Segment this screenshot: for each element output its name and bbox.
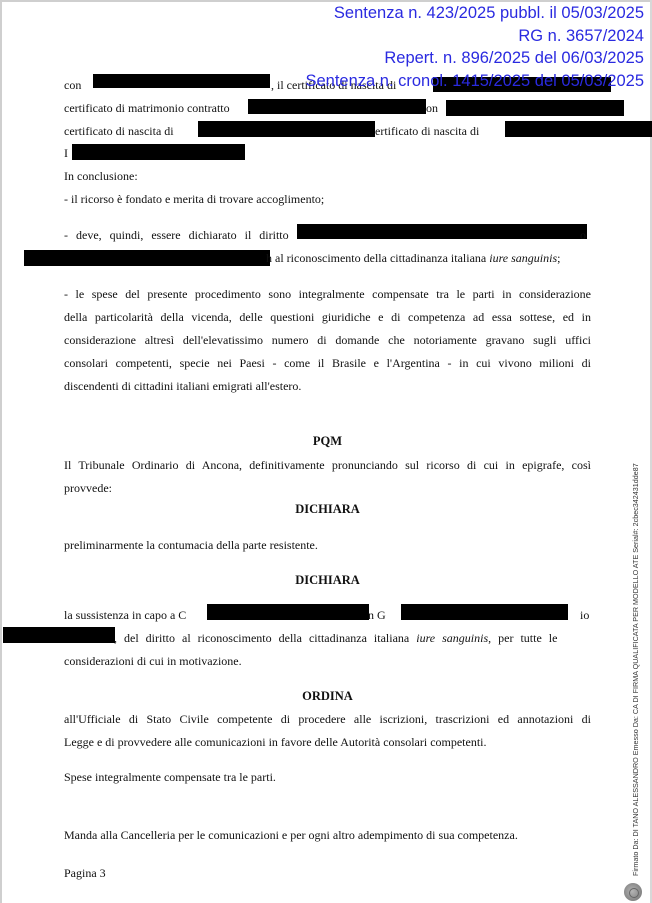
redaction [198,121,375,137]
text-fragment: o [580,228,586,242]
text-fragment: io [580,608,589,622]
redaction [505,121,652,137]
text-line: ertificato di nascita di [375,124,479,138]
text-line: I [64,146,68,160]
stamp-repert: Repert. n. 896/2025 del 06/03/2025 [305,47,644,70]
ordina-text-cont: Legge e di provvedere alle comunicazioni… [64,735,487,749]
text-fragment: n G [368,608,386,622]
manda-text: Manda alla Cancelleria per le comunicazi… [64,828,518,842]
text-line: certificato di nascita di [64,124,174,138]
dichiara-text-2-end: considerazioni di cui in motivazione. [64,654,242,668]
text-line: certificato di matrimonio contratto [64,101,230,115]
redaction [72,144,245,160]
dichiara-text-2-cont: , del diritto al riconoscimento della ci… [114,631,557,645]
redaction [401,604,568,620]
text-line: on [426,101,438,115]
pqm-heading: PQM [64,434,591,448]
conclusion-item-3-line: considerazione altresì dell'elevatissimo… [64,333,591,347]
conclusion-item-3-line: discendenti di cittadini italiani emigra… [64,379,301,393]
conclusion-item-3-line: della particolarità della vicenda, delle… [64,310,591,324]
redaction [446,100,624,116]
redaction [207,604,369,620]
stamp-rg: RG n. 3657/2024 [305,25,644,48]
pqm-intro-cont: provvede: [64,481,112,495]
page-border-left [0,0,2,903]
conclusion-item-3-line: consolari competenti, specie nei Paesi -… [64,356,591,370]
conclusion-heading: In conclusione: [64,169,138,183]
registry-stamp: Sentenza n. 423/2025 pubbl. il 05/03/202… [305,2,644,92]
ordina-text: all'Ufficiale di Stato Civile competente… [64,712,591,726]
conclusion-item-1: - il ricorso è fondato e merita di trova… [64,192,324,206]
dichiara-text-2: la sussistenza in capo a C [64,608,186,622]
conclusion-item-3-line: - le spese del presente procedimento son… [64,287,591,301]
digital-seal-icon [624,883,642,901]
dichiara-text-1: preliminarmente la contumacia della part… [64,538,318,552]
redaction [3,627,115,643]
redaction [24,250,270,266]
redaction [248,99,426,114]
page-number: Pagina 3 [64,866,106,880]
text-line: con [64,78,81,92]
ordina-heading: ORDINA [64,689,591,703]
stamp-cronol: Sentenza n. cronol. 1415/2025 del 05/03/… [305,70,644,93]
stamp-sentenza: Sentenza n. 423/2025 pubbl. il 05/03/202… [305,2,644,25]
redaction [297,224,587,239]
dichiara-heading-1: DICHIARA [64,502,591,516]
spese-text: Spese integralmente compensate tra le pa… [64,770,276,784]
dichiara-heading-2: DICHIARA [64,573,591,587]
redaction [93,74,270,88]
conclusion-item-2: - deve, quindi, essere dichiarato il dir… [64,228,306,242]
conclusion-item-2-cont: h al riconoscimento della cittadinanza i… [266,251,561,265]
digital-signature-text: Firmato Da: DI TANO ALESSANDRO Emesso Da… [631,463,640,876]
pqm-intro: Il Tribunale Ordinario di Ancona, defini… [64,458,591,472]
